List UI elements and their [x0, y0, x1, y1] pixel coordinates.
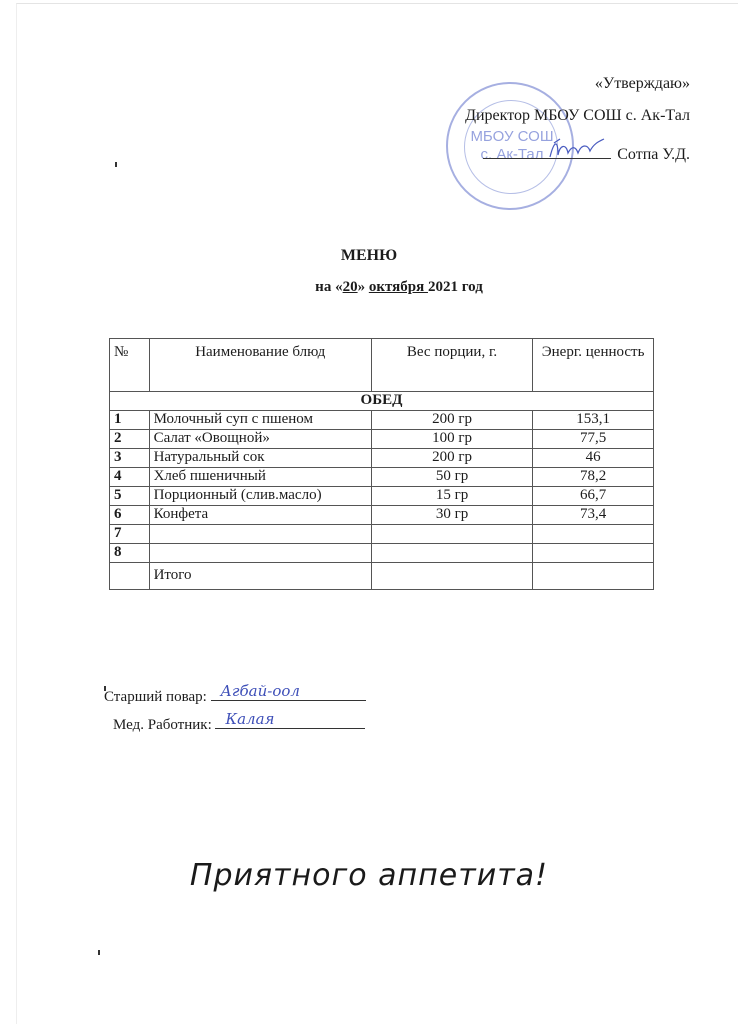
table-row: 1 Молочный суп с пшеном 200 гр 153,1 [110, 411, 654, 430]
dish-weight [371, 544, 532, 563]
row-number: 5 [110, 487, 150, 506]
section-title: ОБЕД [110, 392, 654, 411]
date-suffix: 2021 год [428, 279, 483, 295]
menu-date: на «20» октября 2021 год [30, 279, 738, 296]
dish-name: Порционный (слив.масло) [149, 487, 371, 506]
scan-mark [98, 950, 100, 955]
total-label: Итого [149, 563, 371, 590]
dish-energy [533, 525, 654, 544]
row-number: 8 [110, 544, 150, 563]
dish-energy: 73,4 [533, 506, 654, 525]
dish-name: Конфета [149, 506, 371, 525]
med-signature-line: Калая [215, 712, 365, 729]
row-number: 6 [110, 506, 150, 525]
total-energy-cell [533, 563, 654, 590]
total-number-cell [110, 563, 150, 590]
dish-name: Хлеб пшеничный [149, 468, 371, 487]
page-title: МЕНЮ [0, 247, 738, 265]
dish-name [149, 525, 371, 544]
cook-signature: Агбай-оол [221, 682, 300, 700]
cook-label: Старший повар: [104, 689, 207, 705]
approval-signer: Сотпа У.Д. [617, 146, 690, 163]
row-number: 4 [110, 468, 150, 487]
footer-wish: Приятного аппетита! [0, 858, 738, 893]
date-prefix: на « [315, 279, 342, 295]
table-row: 3 Натуральный сок 200 гр 46 [110, 449, 654, 468]
dish-weight: 100 гр [371, 430, 532, 449]
section-row: ОБЕД [110, 392, 654, 411]
column-header-weight: Вес порции, г. [371, 339, 532, 392]
approval-title: «Утверждаю» [595, 76, 690, 92]
director-signature-icon [546, 135, 606, 165]
table-row: 4 Хлеб пшеничный 50 гр 78,2 [110, 468, 654, 487]
dish-name [149, 544, 371, 563]
approval-director: Директор МБОУ СОШ с. Ак-Тал [465, 108, 690, 124]
row-number: 7 [110, 525, 150, 544]
dish-energy: 153,1 [533, 411, 654, 430]
scan-mark [115, 162, 117, 167]
med-signature: Калая [225, 710, 274, 728]
med-label: Мед. Работник: [113, 717, 212, 733]
row-number: 1 [110, 411, 150, 430]
med-signature-row: Мед. Работник: Калая [113, 712, 365, 734]
total-weight-cell [371, 563, 532, 590]
menu-table: № Наименование блюд Вес порции, г. Энерг… [109, 338, 654, 590]
dish-weight: 200 гр [371, 449, 532, 468]
row-number: 2 [110, 430, 150, 449]
dish-weight: 30 гр [371, 506, 532, 525]
dish-name: Молочный суп с пшеном [149, 411, 371, 430]
dish-energy: 78,2 [533, 468, 654, 487]
date-month: октября [369, 279, 428, 295]
column-header-dish: Наименование блюд [149, 339, 371, 392]
dish-weight: 200 гр [371, 411, 532, 430]
table-row: 7 [110, 525, 654, 544]
dish-name: Натуральный сок [149, 449, 371, 468]
dish-energy [533, 544, 654, 563]
column-header-energy: Энерг. ценность [533, 339, 654, 392]
dish-energy: 46 [533, 449, 654, 468]
table-row: 5 Порционный (слив.масло) 15 гр 66,7 [110, 487, 654, 506]
dish-weight: 15 гр [371, 487, 532, 506]
total-row: Итого [110, 563, 654, 590]
dish-weight [371, 525, 532, 544]
dish-name: Салат «Овощной» [149, 430, 371, 449]
column-header-number: № [110, 339, 150, 392]
scan-mark [104, 686, 106, 691]
dish-energy: 66,7 [533, 487, 654, 506]
cook-signature-line: Агбай-оол [211, 684, 366, 701]
table-row: 2 Салат «Овощной» 100 гр 77,5 [110, 430, 654, 449]
date-mid: » [358, 279, 369, 295]
table-row: 6 Конфета 30 гр 73,4 [110, 506, 654, 525]
date-day: 20 [343, 279, 358, 295]
row-number: 3 [110, 449, 150, 468]
cook-signature-row: Старший повар: Агбай-оол [104, 684, 366, 706]
dish-weight: 50 гр [371, 468, 532, 487]
table-row: 8 [110, 544, 654, 563]
dish-energy: 77,5 [533, 430, 654, 449]
table-header-row: № Наименование блюд Вес порции, г. Энерг… [110, 339, 654, 392]
